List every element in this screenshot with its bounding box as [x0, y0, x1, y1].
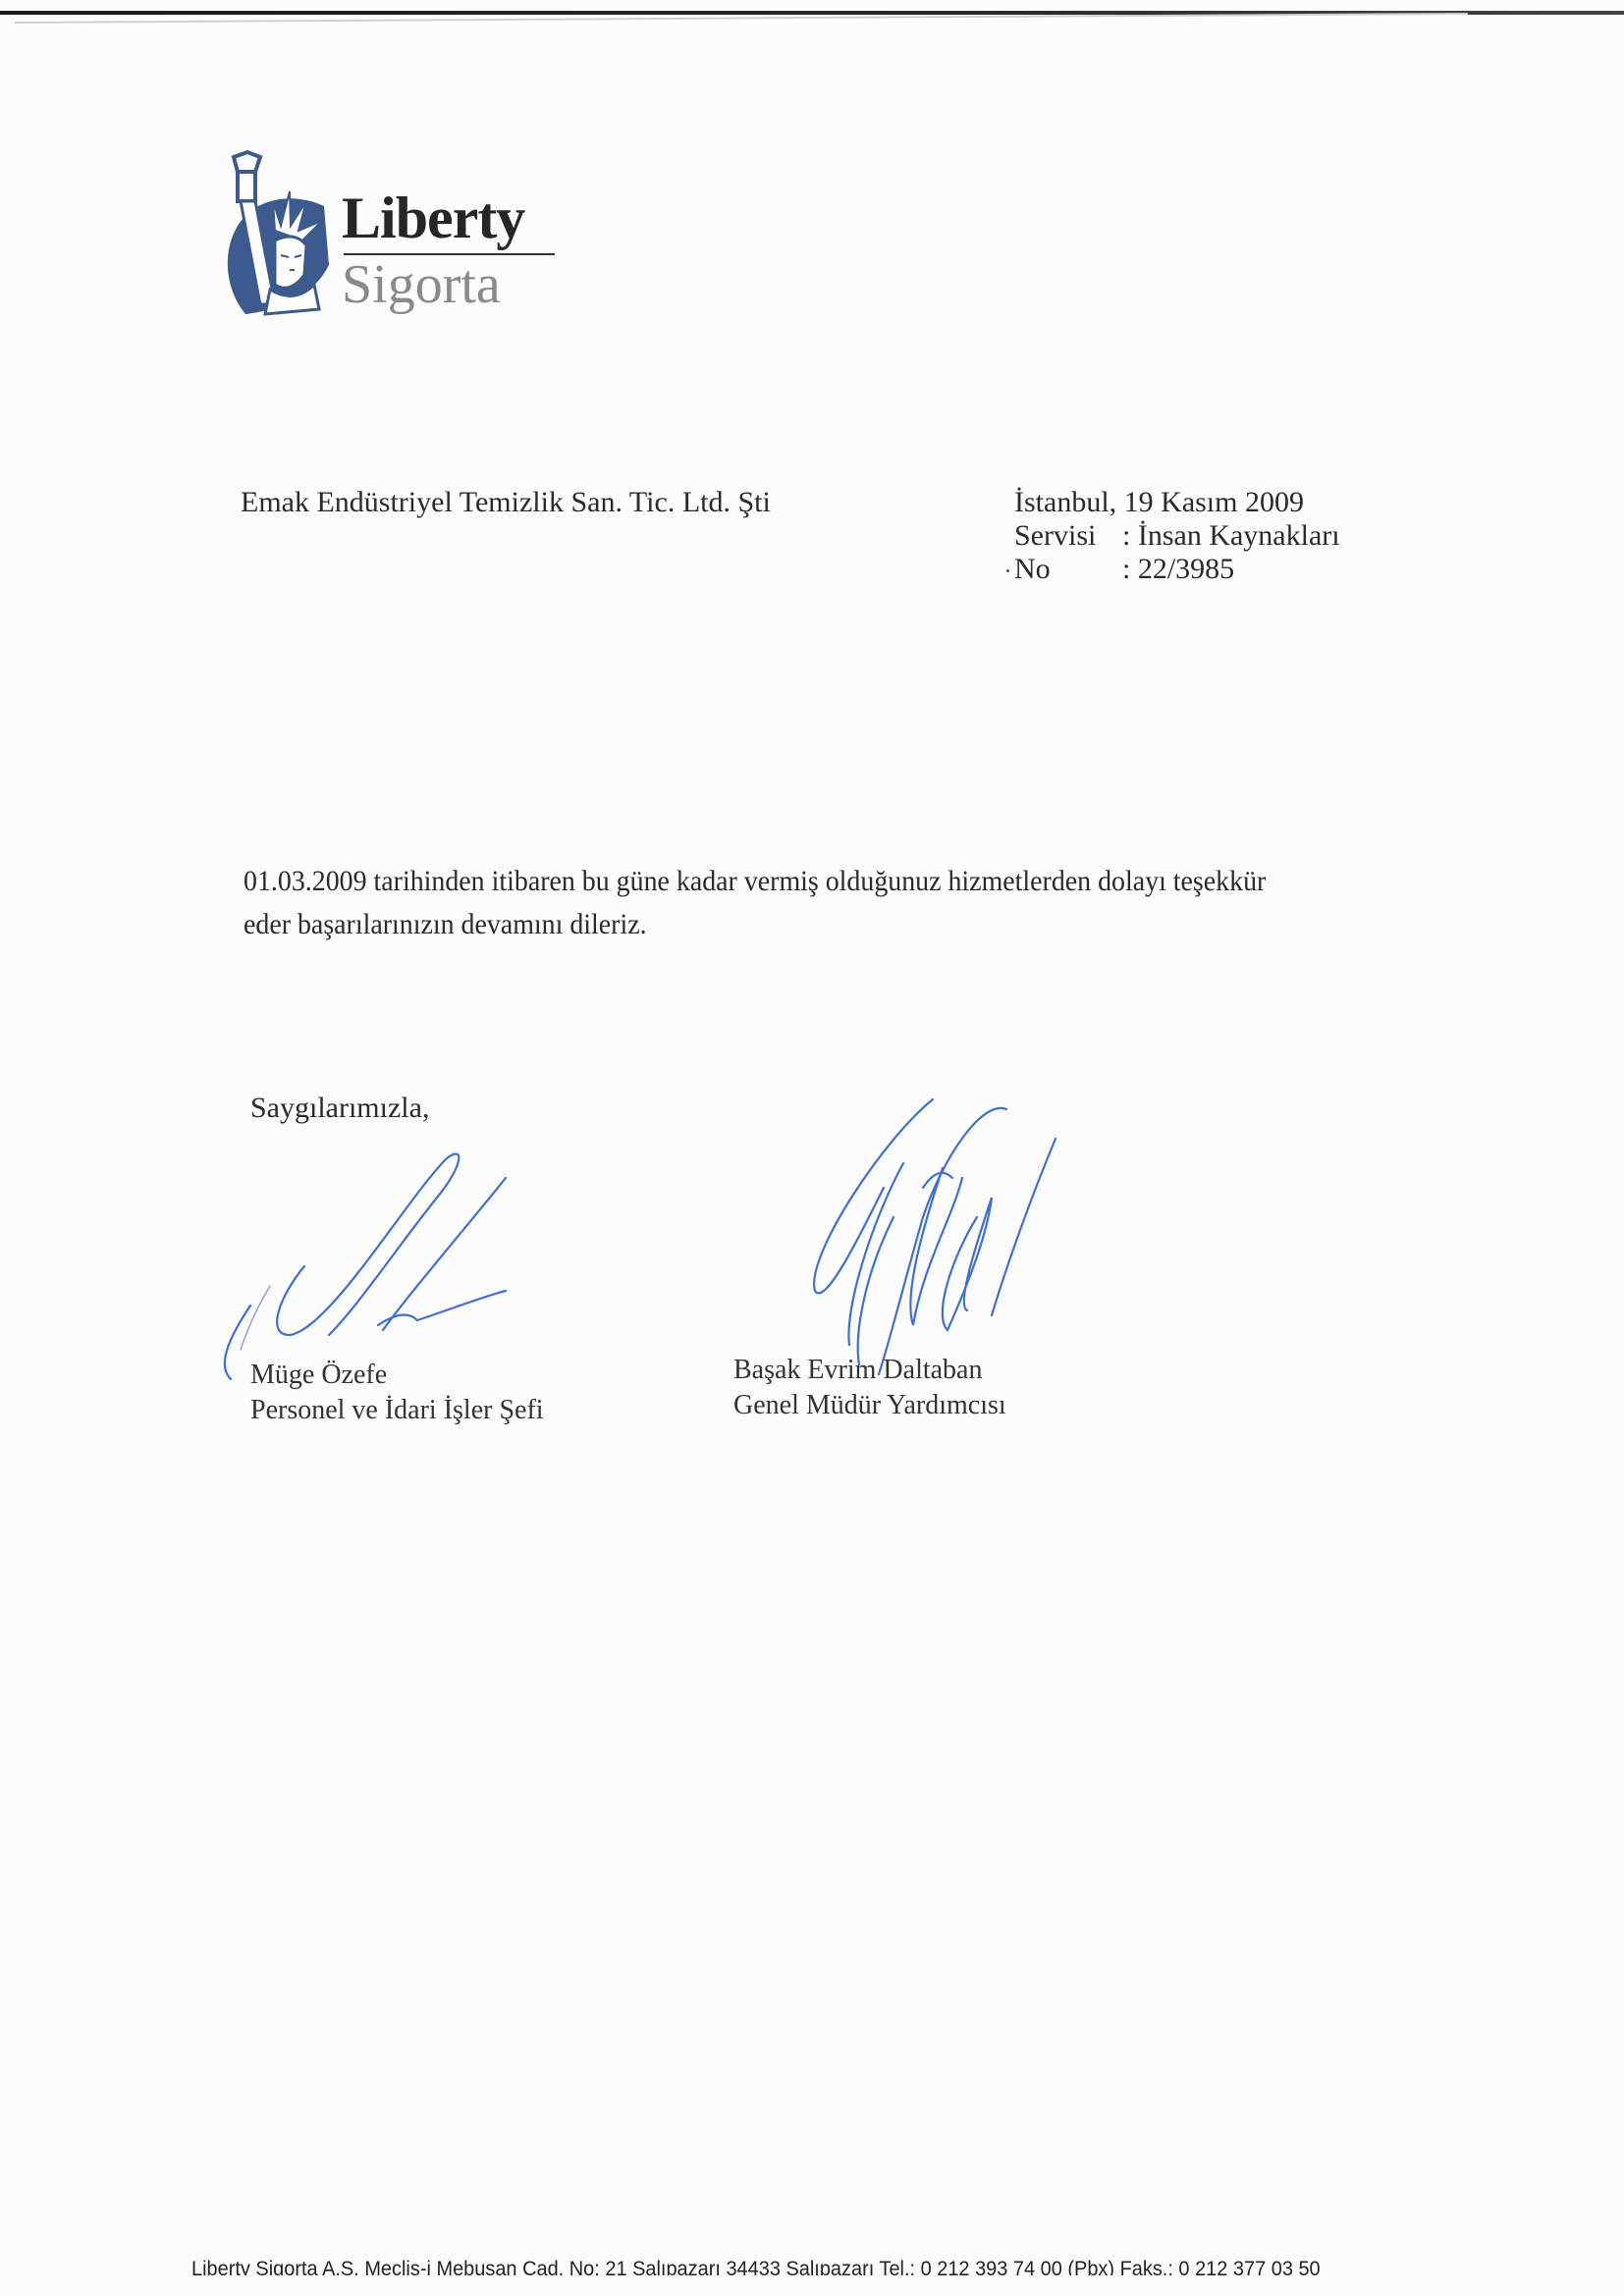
- service-row: Servisi: İnsan Kaynakları: [1014, 518, 1340, 552]
- signatory-left-name: Müge Özefe: [250, 1358, 544, 1393]
- number-row: No: 22/3985: [1014, 552, 1340, 585]
- brand-name-secondary: Sigorta: [342, 253, 501, 316]
- recipient-company: Emak Endüstriyel Temizlik San. Tic. Ltd.…: [241, 485, 771, 520]
- number-label: No: [1014, 552, 1122, 587]
- closing-salutation: Saygılarımızla,: [250, 1091, 429, 1126]
- signatory-right-title: Genel Müdür Yardımcısı: [733, 1388, 1006, 1423]
- letter-meta: İstanbul, 19 Kasım 2009 Servisi: İnsan K…: [1014, 485, 1340, 585]
- handwritten-signature-right: [785, 1070, 1080, 1384]
- signatory-left-title: Personel ve İdari İşler Şefi: [250, 1393, 544, 1428]
- brand-name-primary: Liberty: [342, 185, 524, 252]
- signatory-left: Müge Özefe Personel ve İdari İşler Şefi: [250, 1358, 544, 1428]
- place-date: İstanbul, 19 Kasım 2009: [1014, 485, 1340, 518]
- stray-dot: [1006, 569, 1009, 572]
- body-line-1: 01.03.2009 tarihinden itibaren bu güne k…: [244, 860, 1266, 903]
- letter-body: 01.03.2009 tarihinden itibaren bu güne k…: [244, 860, 1266, 946]
- handwritten-signature-left: [211, 1139, 525, 1384]
- statue-of-liberty-icon: [216, 147, 344, 319]
- page-bottom-edge: [0, 2275, 1624, 2296]
- signatory-right-name: Başak Evrim Daltaban: [733, 1353, 1006, 1388]
- service-value: : İnsan Kaynakları: [1122, 519, 1340, 552]
- service-label: Servisi: [1014, 518, 1122, 554]
- body-line-2: eder başarılarınızın devamını dileriz.: [244, 903, 1266, 946]
- signatory-right: Başak Evrim Daltaban Genel Müdür Yardımc…: [733, 1353, 1006, 1423]
- company-logo: Liberty Sigorta: [216, 147, 569, 324]
- number-value: : 22/3985: [1122, 553, 1234, 585]
